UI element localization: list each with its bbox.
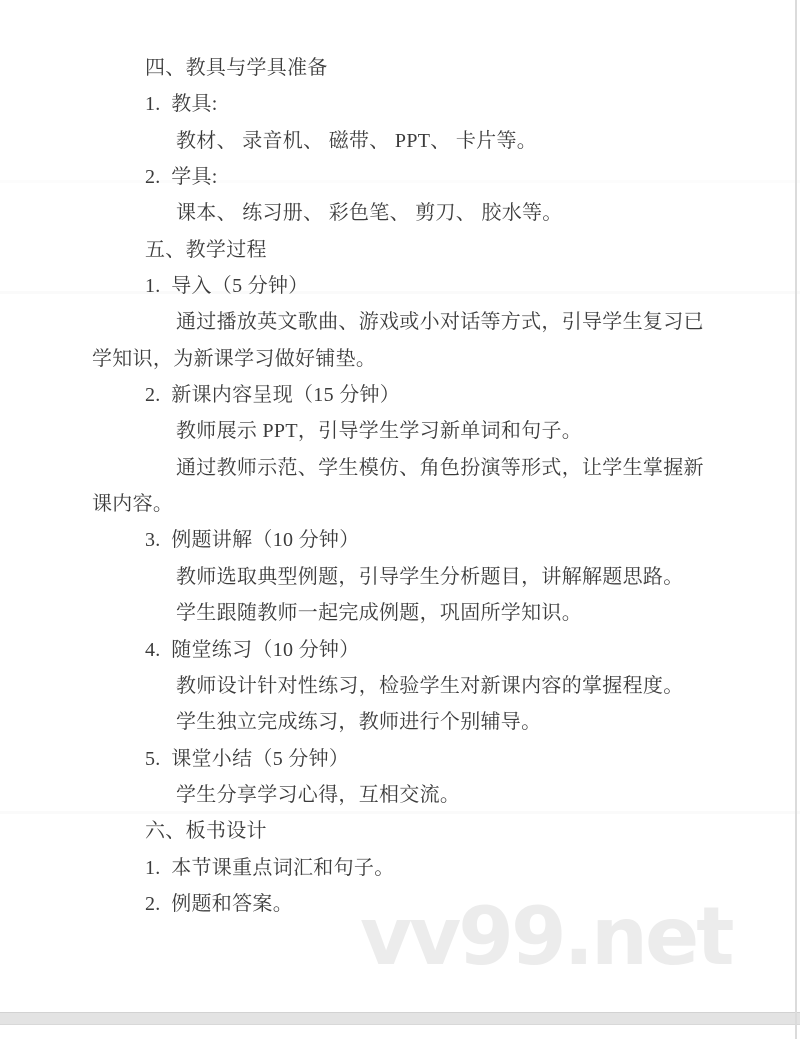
paragraph-line: 学生独立完成练习，教师进行个别辅导。 — [0, 704, 800, 740]
list-item: 2. 例题和答案。 — [0, 886, 800, 922]
paragraph-line: 学生跟随教师一起完成例题，巩固所学知识。 — [0, 595, 800, 631]
list-item: 3. 例题讲解（10 分钟） — [0, 522, 800, 558]
paragraph-line: 教师展示 PPT，引导学生学习新单词和句子。 — [0, 413, 800, 449]
paragraph-line: 教材、 录音机、 磁带、 PPT、 卡片等。 — [0, 123, 800, 159]
list-item: 2. 新课内容呈现（15 分钟） — [0, 377, 800, 413]
section-heading: 五、教学过程 — [0, 232, 800, 268]
page-break-strip — [0, 1012, 800, 1025]
paragraph-line: 课本、 练习册、 彩色笔、 剪刀、 胶水等。 — [0, 195, 800, 231]
document-page: vv99.net 四、教具与学具准备 1. 教具: 教材、 录音机、 磁带、 P… — [0, 0, 800, 1039]
list-item: 5. 课堂小结（5 分钟） — [0, 741, 800, 777]
paragraph-line: 教师选取典型例题，引导学生分析题目，讲解解题思路。 — [0, 559, 800, 595]
document-body: 四、教具与学具准备 1. 教具: 教材、 录音机、 磁带、 PPT、 卡片等。 … — [0, 50, 800, 922]
list-item: 4. 随堂练习（10 分钟） — [0, 632, 800, 668]
list-item: 2. 学具: — [0, 159, 800, 195]
list-item: 1. 导入（5 分钟） — [0, 268, 800, 304]
paragraph-line: 通过播放英文歌曲、游戏或小对话等方式，引导学生复习已 — [0, 304, 800, 340]
section-heading: 六、板书设计 — [0, 813, 800, 849]
paragraph-continuation: 课内容。 — [0, 486, 800, 522]
list-item: 1. 本节课重点词汇和句子。 — [0, 850, 800, 886]
list-item: 1. 教具: — [0, 86, 800, 122]
section-heading: 四、教具与学具准备 — [0, 50, 800, 86]
paragraph-line: 通过教师示范、学生模仿、角色扮演等形式，让学生掌握新 — [0, 450, 800, 486]
paragraph-line: 教师设计针对性练习，检验学生对新课内容的掌握程度。 — [0, 668, 800, 704]
paragraph-line: 学生分享学习心得，互相交流。 — [0, 777, 800, 813]
paragraph-continuation: 学知识，为新课学习做好铺垫。 — [0, 341, 800, 377]
